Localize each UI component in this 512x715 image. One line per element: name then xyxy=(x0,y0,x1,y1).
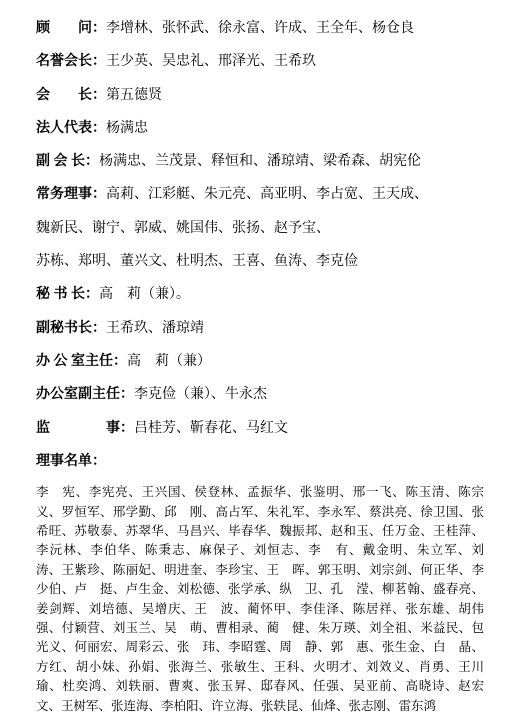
document-page: { "page": { "background_color": "#ffffff… xyxy=(0,0,512,715)
role-names: 杨满忠 xyxy=(106,121,148,136)
role-names: 第五德贤 xyxy=(106,88,162,103)
role-row-legal-representative: 法人代表：杨满忠 xyxy=(36,112,484,145)
role-names: 吕桂芳、靳春花、马红文 xyxy=(134,421,288,436)
role-names: 王希玖、潘琼靖 xyxy=(106,321,204,336)
role-row-executive-directors-cont2: 苏栋、郑明、董兴文、杜明杰、王喜、鱼涛、李克俭 xyxy=(36,245,484,278)
role-names: 苏栋、郑明、董兴文、杜明杰、王喜、鱼涛、李克俭 xyxy=(36,254,358,269)
role-label: 副秘书长： xyxy=(36,321,106,336)
role-label: 副 会 长： xyxy=(36,154,99,169)
role-names: 王少英、吴忠礼、邢泽光、王希玖 xyxy=(106,54,316,69)
directors-list-heading: 理事名单： xyxy=(36,454,106,469)
role-row-directors-heading: 理事名单： xyxy=(36,445,484,478)
role-row-secretary-general: 秘 书 长：高 莉（兼）。 xyxy=(36,278,484,311)
role-names: 杨满忠、兰茂景、释恒和、潘琼靖、梁希森、胡宪伦 xyxy=(99,154,421,169)
role-row-office-director: 办 公 室主任：高 莉（兼） xyxy=(36,345,484,378)
role-row-supervisors: 监 事：吕桂芳、靳春花、马红文 xyxy=(36,412,484,445)
role-label: 会 长： xyxy=(36,88,106,103)
role-label: 办 公 室主任： xyxy=(36,354,127,369)
org-roster-document: 顾 问：李增林、张怀武、徐永富、许成、王全年、杨仓良 名誉会长：王少英、吴忠礼、… xyxy=(0,0,512,715)
role-names: 李克俭（兼）、牛永杰 xyxy=(134,387,267,402)
role-label: 顾 问： xyxy=(36,21,106,36)
role-label: 监 事： xyxy=(36,421,134,436)
role-row-advisors: 顾 问：李增林、张怀武、徐永富、许成、王全年、杨仓良 xyxy=(36,12,484,45)
role-names: 李增林、张怀武、徐永富、许成、王全年、杨仓良 xyxy=(106,21,414,36)
role-row-executive-directors: 常务理事：高莉、江彩艇、朱元亮、高亚明、李占宽、王天成、 xyxy=(36,178,484,211)
role-names: 高 莉（兼） xyxy=(127,354,211,369)
role-label: 秘 书 长： xyxy=(36,287,99,302)
role-row-president: 会 长：第五德贤 xyxy=(36,79,484,112)
directors-roster: 李 宪、李宪亮、王兴国、侯登林、孟振华、张鉴明、邢一飞、陈玉清、陈宗义、罗恒军、… xyxy=(36,483,484,715)
role-row-deputy-office-director: 办公室副主任：李克俭（兼）、牛永杰 xyxy=(36,378,484,411)
role-label: 法人代表： xyxy=(36,121,106,136)
role-label: 名誉会长： xyxy=(36,54,106,69)
role-names: 魏新民、谢宁、郭威、姚国伟、张扬、赵予宝、 xyxy=(36,221,330,236)
role-names: 高 莉（兼）。 xyxy=(99,287,190,302)
role-names: 高莉、江彩艇、朱元亮、高亚明、李占宽、王天成、 xyxy=(106,187,428,202)
role-row-deputy-secretary-general: 副秘书长：王希玖、潘琼靖 xyxy=(36,312,484,345)
role-row-honorary-presidents: 名誉会长：王少英、吴忠礼、邢泽光、王希玖 xyxy=(36,45,484,78)
role-label: 常务理事： xyxy=(36,187,106,202)
role-row-vice-presidents: 副 会 长：杨满忠、兰茂景、释恒和、潘琼靖、梁希森、胡宪伦 xyxy=(36,145,484,178)
role-row-executive-directors-cont1: 魏新民、谢宁、郭威、姚国伟、张扬、赵予宝、 xyxy=(36,212,484,245)
role-label: 办公室副主任： xyxy=(36,387,134,402)
